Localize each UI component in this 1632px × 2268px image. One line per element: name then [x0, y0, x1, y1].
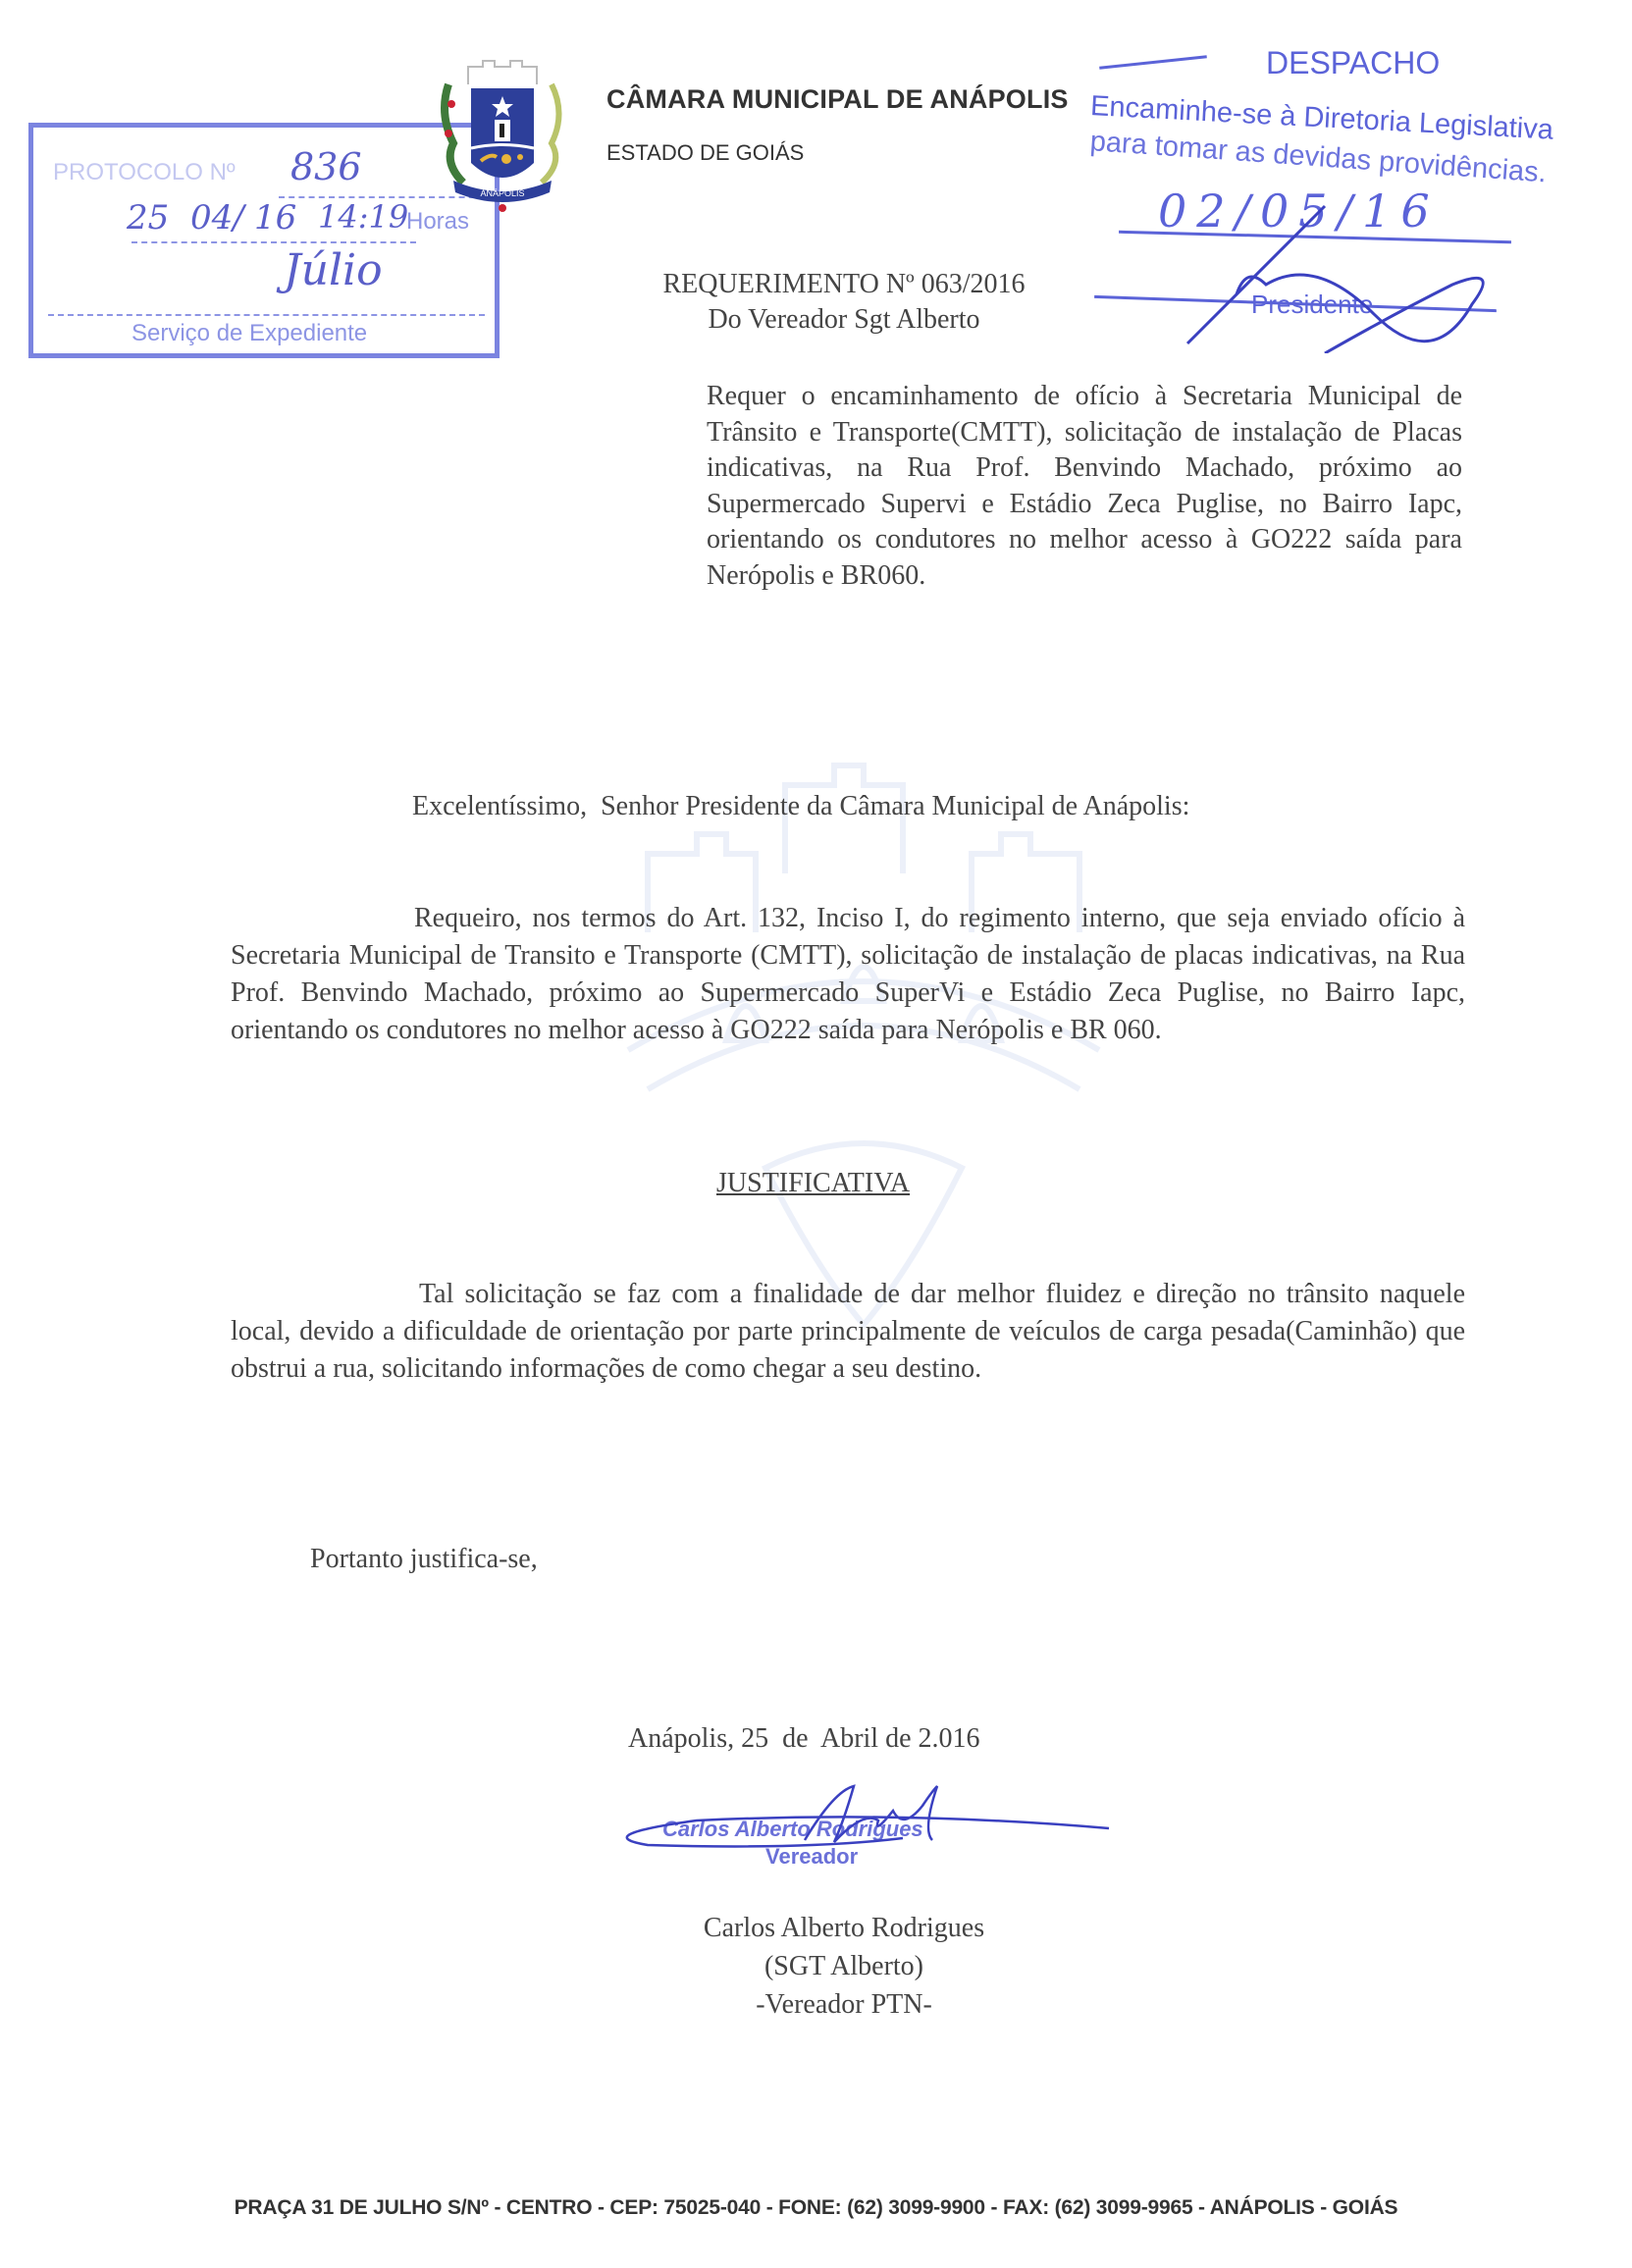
protocol-month: 04/: [190, 198, 244, 237]
request-paragraph: Requeiro, nos termos do Art. 132, Inciso…: [231, 900, 1465, 1049]
header-title: CÂMARA MUNICIPAL DE ANÁPOLIS: [606, 84, 1069, 115]
protocol-stamp: PROTOCOLO Nº 836 25 04/ 16 14:19 Horas J…: [28, 123, 500, 358]
protocol-time: 14:19: [318, 198, 408, 236]
footer-address: PRAÇA 31 DE JULHO S/Nº - CENTRO - CEP: 7…: [59, 2196, 1573, 2220]
requerimento-author: Do Vereador Sgt Alberto: [550, 302, 1138, 338]
protocol-signature: Júlio: [284, 245, 383, 295]
despacho-title: DESPACHO: [1266, 45, 1440, 81]
justification-paragraph: Tal solicitação se faz com a finalidade …: [231, 1276, 1465, 1388]
protocol-year: 16: [254, 198, 296, 237]
justification-heading: JUSTIFICATIVA: [716, 1168, 910, 1199]
despacho-stamp: DESPACHO Encaminhe-se à Diretoria Legisl…: [1079, 39, 1629, 353]
signatory-nickname: (SGT Alberto): [550, 1947, 1138, 1985]
requerimento-summary: Requer o encaminhamento de ofício à Secr…: [707, 379, 1462, 594]
despacho-signature-icon: [1178, 186, 1531, 353]
handwritten-signature-icon: [608, 1781, 1119, 1889]
requerimento-title: REQUERIMENTO Nº 063/2016: [550, 267, 1138, 302]
requerimento-heading: REQUERIMENTO Nº 063/2016 Do Vereador Sgt…: [550, 267, 1138, 338]
closing-line: Portanto justifica-se,: [310, 1544, 538, 1575]
coat-of-arms-banner: ANÁPOLIS: [480, 188, 524, 198]
coat-of-arms-icon: ANÁPOLIS: [434, 55, 571, 232]
signatory-name: Carlos Alberto Rodrigues: [550, 1909, 1138, 1947]
protocol-label: PROTOCOLO Nº: [53, 159, 236, 186]
protocol-department: Serviço de Expediente: [132, 320, 367, 347]
salutation: Excelentíssimo, Senhor Presidente da Câm…: [412, 791, 1189, 822]
signatory-role: -Vereador PTN-: [550, 1985, 1138, 2024]
protocol-number: 836: [290, 145, 362, 188]
signature-stamp: Carlos Alberto Rodrigues Vereador: [608, 1781, 1119, 1889]
protocol-day: 25: [127, 198, 169, 237]
signatory-block: Carlos Alberto Rodrigues (SGT Alberto) -…: [550, 1909, 1138, 2024]
date-line: Anápolis, 25 de Abril de 2.016: [628, 1723, 980, 1755]
header-subtitle: ESTADO DE GOIÁS: [606, 140, 804, 166]
